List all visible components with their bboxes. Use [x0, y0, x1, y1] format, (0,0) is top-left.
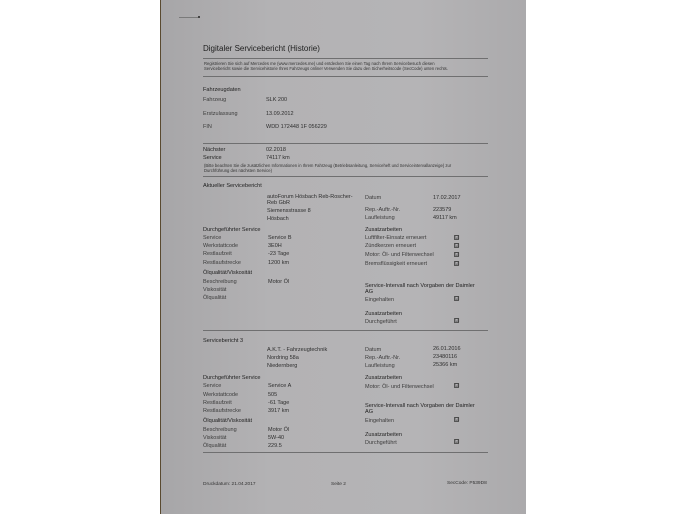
viscosity-value: 5W-40: [268, 435, 284, 441]
extras-heading: Zusatzarbeiten: [365, 375, 402, 381]
service-label: Service: [203, 235, 221, 241]
date-value: 17.02.2017: [433, 195, 461, 201]
document-title: Digitaler Servicebericht (Historie): [203, 44, 320, 53]
workshop-line: Siemensstrasse 8: [267, 208, 311, 214]
oil-description-label: Beschreibung: [203, 427, 237, 433]
viscosity-label: Viskosität: [203, 435, 226, 441]
extra-item-label: Luftfilter-Einsatz erneuert: [365, 235, 426, 241]
checkbox-checked: ☑: [454, 243, 459, 248]
extras2-label: Durchgeführt: [365, 440, 397, 446]
service-value: Service A: [268, 383, 291, 389]
registration-value: 13.09.2012: [266, 111, 294, 117]
date-value: 26.01.2016: [433, 346, 461, 352]
vehicle-label: Fahrzeug: [203, 97, 226, 103]
workshop-line: Niedernberg: [267, 363, 297, 369]
interval-heading: Service-Intervall nach Vorgaben der Daim…: [365, 283, 475, 289]
oil-quality-label: Ölqualität: [203, 443, 226, 449]
report-heading: Aktueller Servicebericht: [203, 183, 262, 189]
interval-label: Eingehalten: [365, 297, 394, 303]
document-page: Digitaler Servicebericht (Historie) Regi…: [160, 0, 526, 514]
oil-description-value: Motor Öl: [268, 427, 289, 433]
interval-heading-2: AG: [365, 409, 373, 415]
extras-heading: Zusatzarbeiten: [365, 227, 402, 233]
date-label: Datum: [365, 347, 381, 353]
page-number: Seite 2: [331, 482, 346, 487]
remaining-time-label: Restlaufzeit: [203, 400, 232, 406]
oil-quality-value: 229.5: [268, 443, 282, 449]
print-date: Druckdatum: 21.04.2017: [203, 482, 256, 487]
report-heading: Servicebericht 3: [203, 338, 243, 344]
oil-quality-label: Ölqualität: [203, 295, 226, 301]
order-number-label: Rep.-Auftr.-Nr.: [365, 355, 400, 361]
checkbox-checked: ☑: [454, 296, 459, 301]
extra-item-label: Motor: Öl- und Filterwechsel: [365, 252, 434, 258]
checkbox-checked: ☑: [454, 252, 459, 257]
checkbox-checked: ☑: [454, 383, 459, 388]
extra-item-label: Zündkerzen erneuert: [365, 243, 416, 249]
order-number-value: 223579: [433, 207, 451, 213]
remaining-distance-value: 1200 km: [268, 260, 289, 266]
intro-line-2: Servicebericht sowie die Servicehistorie…: [204, 66, 448, 71]
viscosity-label: Viskosität: [203, 287, 226, 293]
divider: [203, 76, 488, 77]
workshop-line: Reb GbR: [267, 200, 290, 206]
service-value: Service B: [268, 235, 292, 241]
extras2-label: Durchgeführt: [365, 319, 397, 325]
mileage-label: Laufleistung: [365, 363, 395, 369]
next-service-km: 74117 km: [266, 155, 290, 161]
extra-item-label: Bremsflüssigkeit erneuert: [365, 261, 427, 267]
next-service-label-2: Service: [203, 155, 222, 161]
mileage-value: 49117 km: [433, 215, 457, 221]
mileage-value: 25366 km: [433, 362, 457, 368]
oil-heading: Ölqualität/Viskosität: [203, 270, 252, 276]
oil-description-label: Beschreibung: [203, 279, 237, 285]
order-number-value: 23480116: [433, 354, 457, 360]
remaining-time-value: -61 Tage: [268, 400, 289, 406]
checkbox-checked: ☑: [454, 417, 459, 422]
remaining-distance-label: Restlaufstrecke: [203, 260, 241, 266]
divider: [203, 330, 488, 331]
sec-code: SecCode: P539D8: [447, 481, 487, 486]
workshop-code-label: Werkstattcode: [203, 243, 238, 249]
checkbox-checked: ☑: [454, 439, 459, 444]
checkbox-checked: ☑: [454, 261, 459, 266]
oil-description-value: Motor Öl: [268, 279, 289, 285]
extra-item-label: Motor: Öl- und Filterwechsel: [365, 384, 434, 390]
vehicle-heading: Fahrzeugdaten: [203, 87, 241, 93]
staple-mark: [179, 17, 199, 18]
oil-heading: Ölqualität/Viskosität: [203, 418, 252, 424]
workshop-line: Nordring 58a: [267, 355, 299, 361]
vehicle-value: SLK 200: [266, 97, 287, 103]
remaining-distance-label: Restlaufstrecke: [203, 408, 241, 414]
service-label: Service: [203, 383, 221, 389]
next-service-note-2: Durchführung des nächsten Service): [204, 168, 272, 173]
remaining-time-label: Restlaufzeit: [203, 251, 232, 257]
divider: [203, 452, 488, 453]
service-heading: Durchgeführter Service: [203, 375, 261, 381]
workshop-code-value: 3E0H: [268, 243, 282, 249]
fin-value: WDD 172448 1F 056229: [266, 124, 327, 130]
divider: [203, 176, 488, 177]
divider: [203, 58, 488, 59]
checkbox-checked: ☑: [454, 318, 459, 323]
mileage-label: Laufleistung: [365, 215, 395, 221]
fin-label: FIN: [203, 124, 212, 130]
workshop-line: A.K.T. - Fahrzeugtechnik: [267, 347, 327, 353]
workshop-code-label: Werkstattcode: [203, 392, 238, 398]
workshop-code-value: 505: [268, 392, 277, 398]
order-number-label: Rep.-Auftr.-Nr.: [365, 207, 400, 213]
divider: [203, 143, 488, 144]
date-label: Datum: [365, 195, 381, 201]
checkbox-checked: ☑: [454, 235, 459, 240]
extras2-heading: Zusatzarbeiten: [365, 432, 402, 438]
next-service-date: 02.2018: [266, 147, 286, 153]
interval-label: Eingehalten: [365, 418, 394, 424]
extras2-heading: Zusatzarbeiten: [365, 311, 402, 317]
registration-label: Erstzulassung: [203, 111, 238, 117]
next-service-label-1: Nächster: [203, 147, 225, 153]
remaining-distance-value: 3917 km: [268, 408, 289, 414]
remaining-time-value: -23 Tage: [268, 251, 289, 257]
service-heading: Durchgeführter Service: [203, 227, 261, 233]
interval-heading-2: AG: [365, 289, 373, 295]
workshop-line: Hösbach: [267, 216, 289, 222]
interval-heading: Service-Intervall nach Vorgaben der Daim…: [365, 403, 475, 409]
